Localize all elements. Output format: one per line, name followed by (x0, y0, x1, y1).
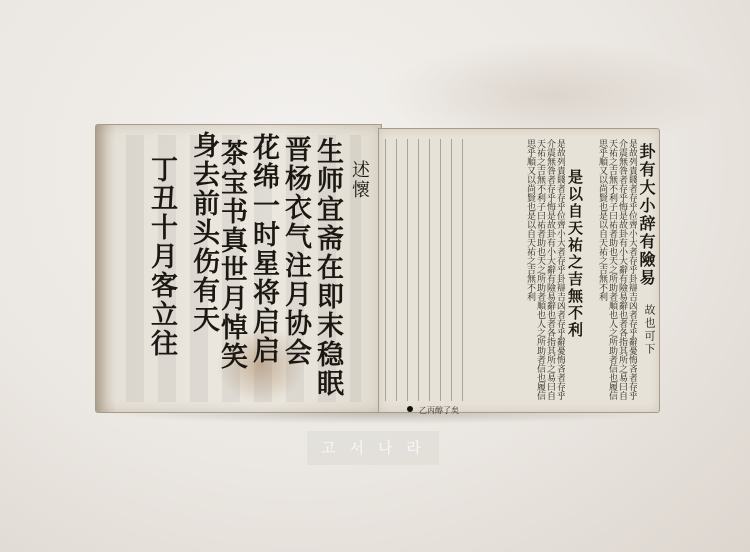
left-page: 述懷 生师宜斋在即末稳眠 晋杨衣气注月协会 花绵一时星将启启 茶宝书真世月悼笑 … (95, 124, 382, 413)
ruled-lines (385, 139, 463, 401)
margin-note: 故也可下 (641, 304, 657, 356)
dense-text-block-right: 是故列貴賤者存乎位齊小大者存乎卦辯吉凶者存乎辭憂悔吝者存乎介震無咎者存乎悔是故卦… (587, 139, 637, 401)
poem-signature: 丁丑十月客立往 (148, 155, 175, 358)
heading-2: 是以自天祐之吉無不利 (565, 169, 586, 339)
poem-column-2: 晋杨衣气注月协会 (282, 135, 309, 367)
poem-column-5: 身去前头伤有天 (190, 131, 217, 334)
heading-1: 卦有大小辞有險易 (635, 143, 658, 287)
page-footer-text: 乙丙醇了矣 (419, 405, 459, 416)
watermark: 고서나라 (307, 431, 439, 465)
poem-column-4: 茶宝书真世月悼笑 (218, 139, 245, 371)
ink-dot (407, 406, 413, 412)
poem-column-1: 生师宜斋在即末稳眠 (314, 137, 341, 398)
poem-title: 述懷 (346, 160, 372, 200)
right-page: 是故列貴賤者存乎位齊小大者存乎卦辯吉凶者存乎辭憂悔吝者存乎介震無咎者存乎悔是故卦… (378, 128, 660, 413)
poem-column-3: 花绵一时星将启启 (250, 133, 277, 365)
open-manuscript-book: 述懷 生师宜斋在即末稳眠 晋杨衣气注月协会 花绵一时星将启启 茶宝书真世月悼笑 … (95, 122, 660, 417)
dense-text-block-left: 是故列貴賤者存乎位齊小大者存乎卦辯吉凶者存乎辭憂悔吝者存乎介震無咎者存乎悔是故卦… (465, 139, 565, 401)
